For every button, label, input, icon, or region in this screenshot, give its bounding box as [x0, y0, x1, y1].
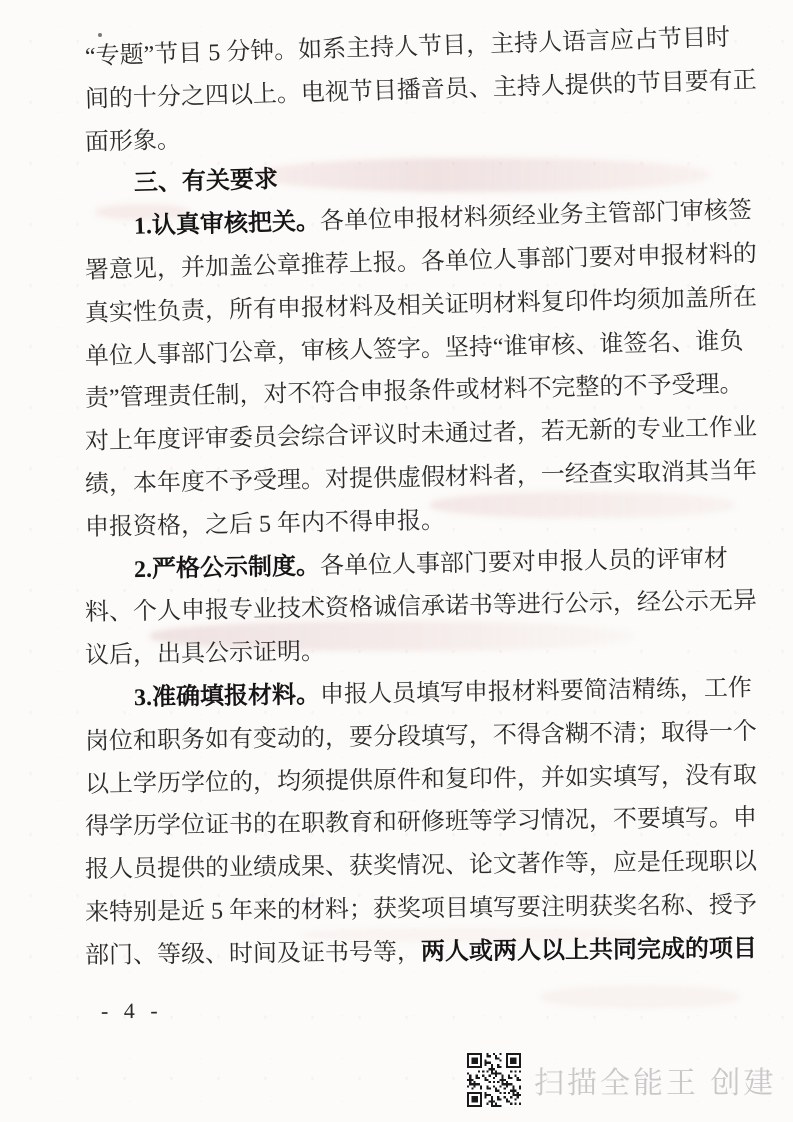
body-text: 各单位人事部门要对申报人员的评审材: [320, 546, 728, 580]
body-text: 料、个人申报专业技术资格诚信承诺书等进行公示，经公示无异: [85, 588, 757, 626]
qr-code-icon: [467, 1053, 521, 1107]
body-text: 单位人事部门公章，审核人签字。坚持“谁审核、谁签名、谁负: [85, 328, 744, 369]
body-text: 来特别是近 5 年来的材料；获奖项目填写要注明获奖名称、授予: [85, 892, 757, 926]
body-text: 署意见，并加盖公章推荐上报。各单位人事部门要对申报材料的: [85, 241, 757, 284]
body-text: 各单位申报材料须经业务主管部门审核签: [320, 198, 753, 235]
body-text: 议后，出具公示证明。: [85, 639, 325, 669]
text-line: 部门、等级、时间及证书号等，两人或两人以上共同完成的项目: [85, 928, 745, 978]
body-text: 绩，本年度不予受理。对提供虚假材料者，一经查实取消其当年: [85, 458, 757, 498]
emphasis-text: 两人或两人以上共同完成的项目: [421, 936, 757, 966]
document-body: “专题”节目 5 分钟。如系主持人节目，主持人语言应占节目时间的十分之四以上。电…: [85, 36, 745, 978]
text-line: 来特别是近 5 年来的材料；获奖项目填写要注明获奖名称、授予: [85, 884, 745, 934]
emphasis-text: 3.准确填报材料。: [134, 682, 320, 711]
body-text: 对上年度评审委员会综合评议时未通过者，若无新的专业工作业: [85, 415, 757, 455]
scanned-document-page: “专题”节目 5 分钟。如系主持人节目，主持人语言应占节目时间的十分之四以上。电…: [0, 0, 793, 1122]
page-number: - 4 -: [101, 998, 163, 1025]
body-text: 申报人员填写申报材料要简洁精练，工作: [320, 675, 752, 708]
body-text: 面形象。: [85, 127, 182, 156]
body-text: 岗位和职务如有变动的，要分段填写，不得含糊不清；取得一个: [85, 719, 757, 755]
body-text: 报人员提供的业绩成果、获奖情况、论文著作等，应是任现职以: [85, 849, 757, 883]
emphasis-text: 2.严格公示制度。: [134, 553, 320, 582]
text-line: 报人员提供的业绩成果、获奖情况、论文著作等，应是任现职以: [85, 841, 745, 892]
body-text: 以上学历学位的，均须提供原件和复印件，并如实填写，没有取: [85, 762, 757, 797]
emphasis-text: 三、有关要求: [134, 167, 279, 197]
body-text: 真实性负责，所有申报材料及相关证明材料复印件均须加盖所在: [85, 284, 757, 326]
body-text: 申报资格，之后 5 年内不得申报。: [85, 508, 445, 541]
body-text: 部门、等级、时间及证书号等，: [85, 939, 421, 969]
body-text: 得学历学位证书的在职教育和研修班等学习情况，不要填写。申: [85, 805, 757, 840]
bleed-through-artifact: [540, 986, 740, 1008]
emphasis-text: 1.认真审核把关。: [134, 209, 321, 240]
camscanner-watermark: 扫描全能王 创建: [467, 1053, 776, 1107]
body-text: 责”管理责任制，对不符合申报条件或材料不完整的不予受理。: [85, 372, 744, 413]
watermark-text: 扫描全能王 创建: [534, 1058, 776, 1102]
